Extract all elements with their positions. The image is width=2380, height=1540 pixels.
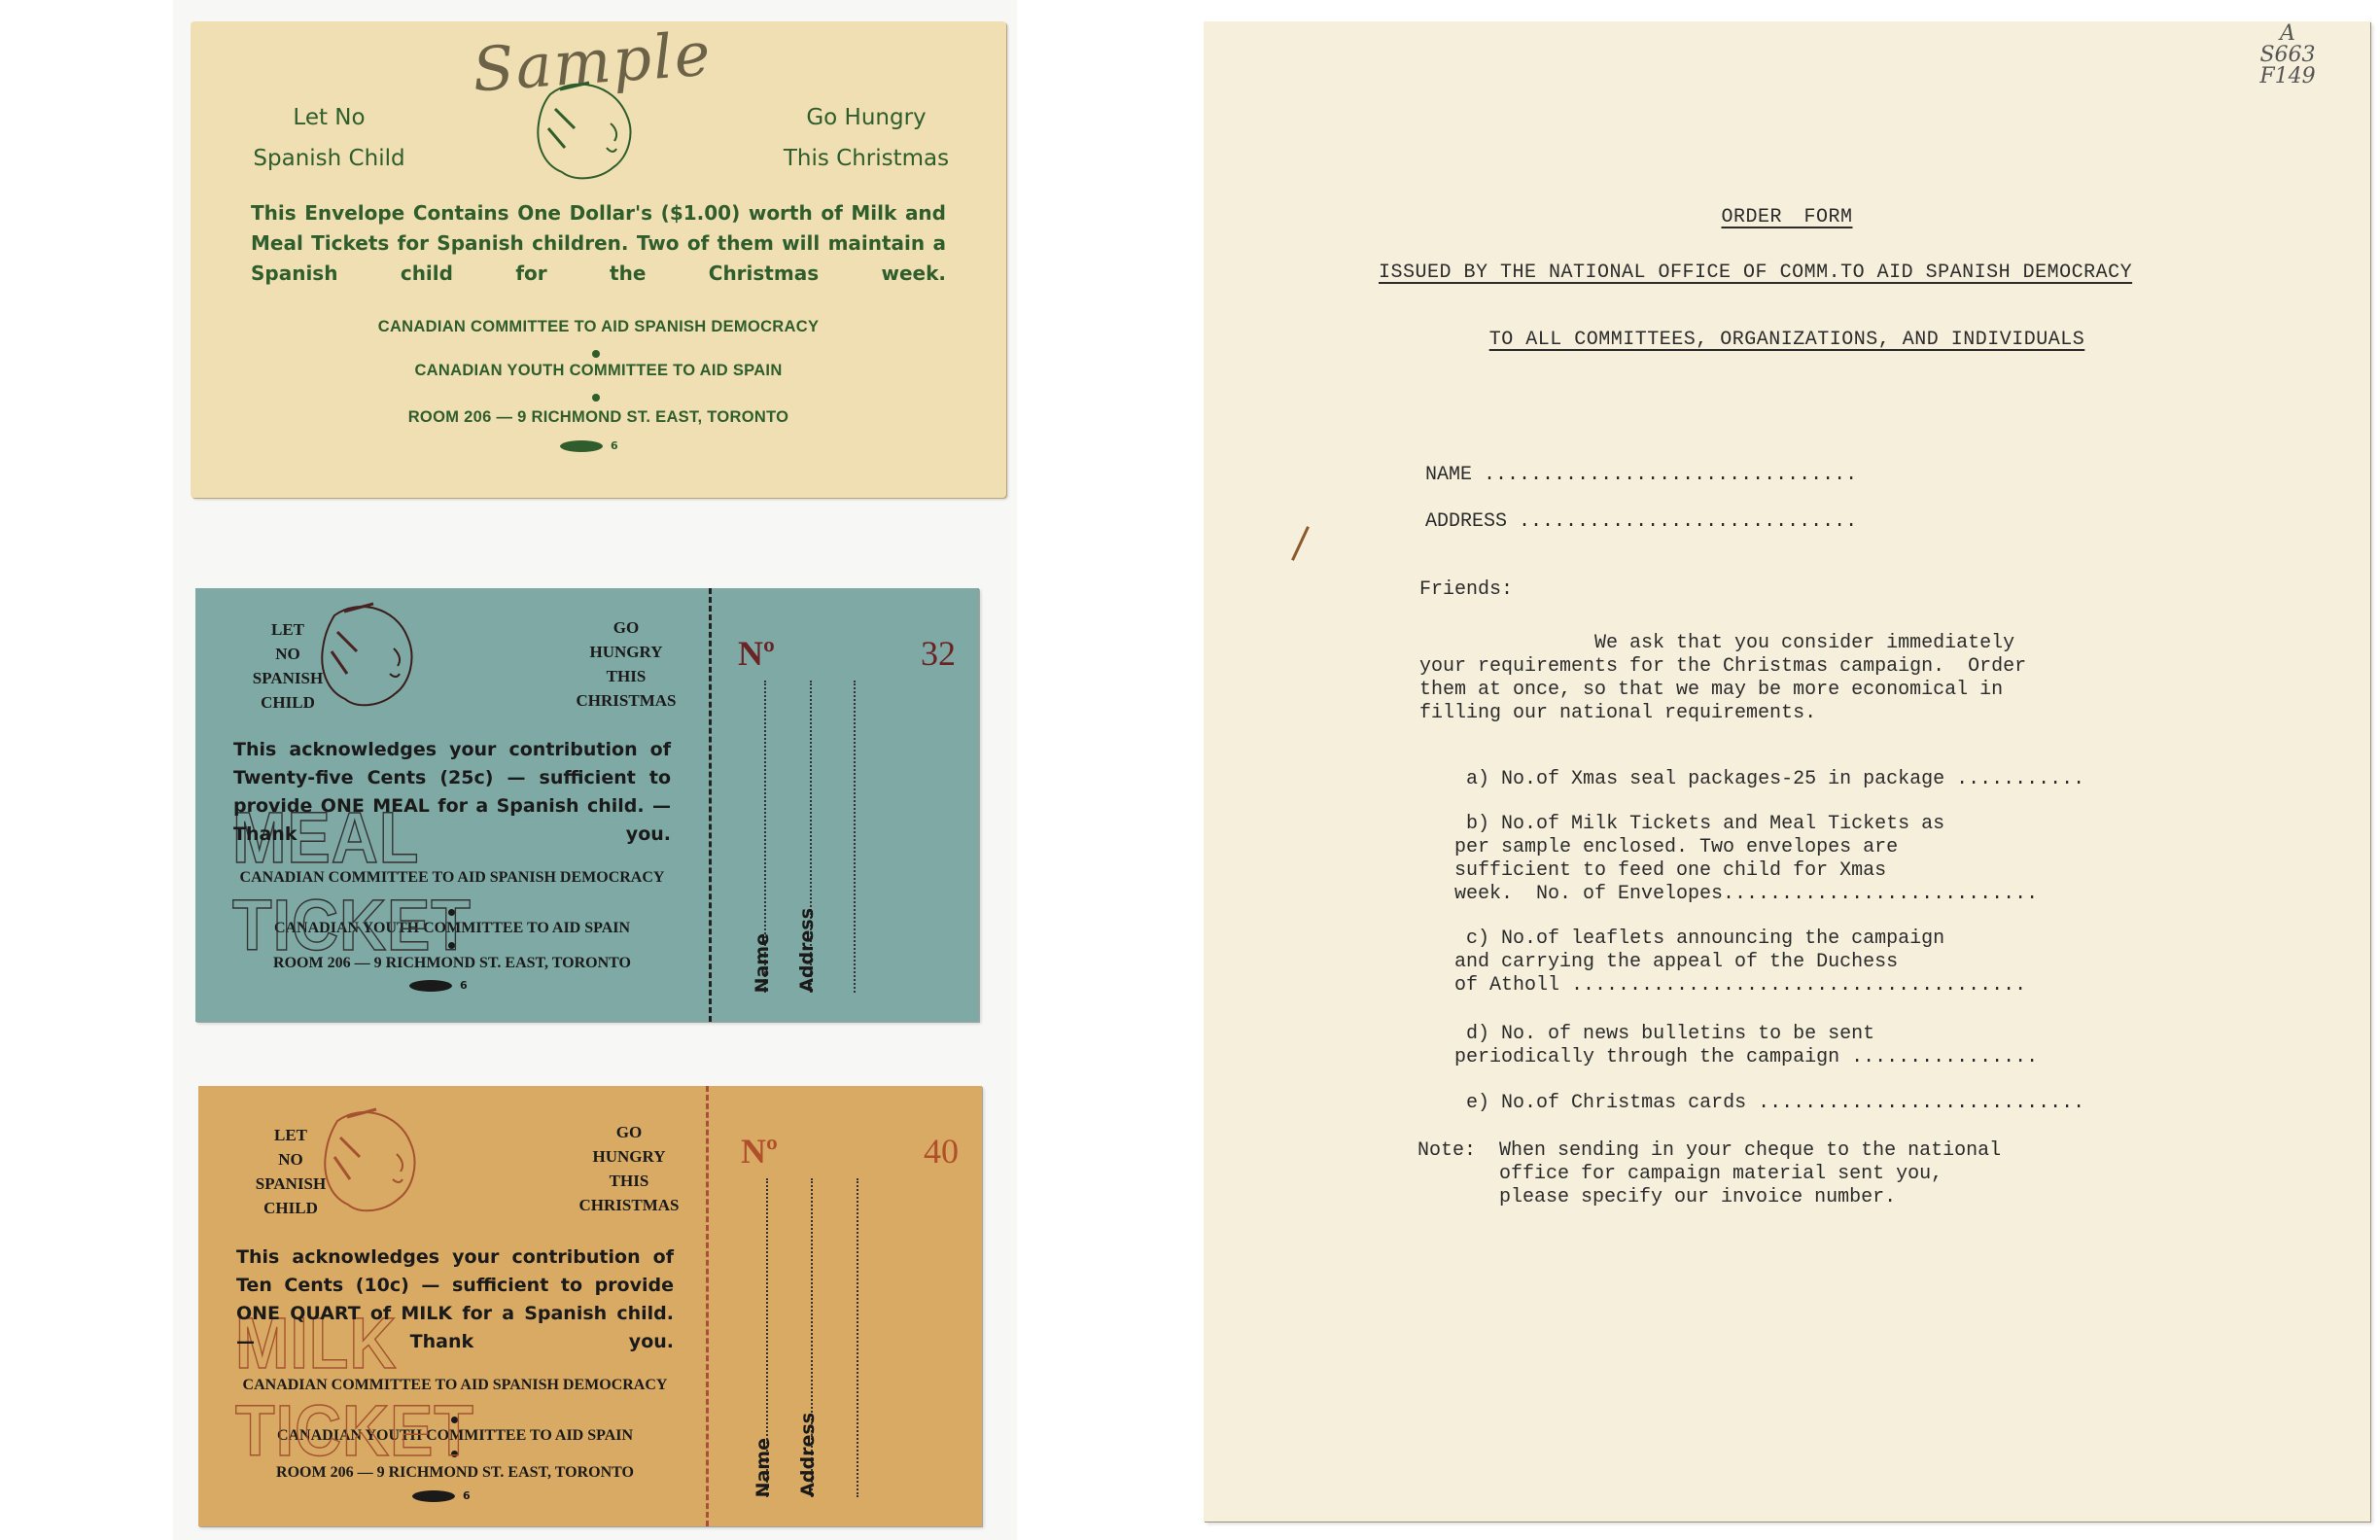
- name-label: NAME: [1425, 464, 1472, 486]
- tagline-line: GO: [556, 1120, 702, 1144]
- archive-ref-line: A: [2244, 23, 2331, 45]
- item-letter: a): [1466, 768, 1489, 790]
- address-label: ADDRESS: [1425, 510, 1507, 533]
- address-line-2: [857, 1178, 858, 1497]
- ticket-number: 40: [924, 1131, 959, 1172]
- perforation-line: [709, 588, 712, 1022]
- ticket-stub: Nº 40 Name Address: [716, 1086, 982, 1526]
- child-head-icon: [313, 1103, 420, 1220]
- name-blank[interactable]: ................................: [1484, 464, 1857, 486]
- child-head-icon: [310, 598, 417, 715]
- form-title: ORDER FORM: [1204, 206, 2370, 228]
- ticket-stub: Nº 32 Name Address: [713, 588, 979, 1022]
- org-name-youth: CANADIAN YOUTH COMMITTEE TO AID SPAIN: [191, 362, 1006, 380]
- tagline-right: GO HUNGRY THIS CHRISTMAS: [553, 615, 699, 713]
- tagline-line: Spanish Child: [191, 138, 468, 179]
- union-number: 6: [463, 1489, 471, 1502]
- bullet-dot: [592, 350, 600, 358]
- tagline-line: THIS: [556, 1169, 702, 1193]
- union-label: 6: [409, 979, 468, 992]
- tagline-right: Go Hungry This Christmas: [725, 97, 1007, 179]
- org-address: ROOM 206 — 9 RICHMOND ST. EAST, TORONTO: [191, 408, 1006, 427]
- milk-ticket: LET NO SPANISH CHILD GO HUNGRY THIS CHRI…: [198, 1086, 982, 1526]
- tagline-right: GO HUNGRY THIS CHRISTMAS: [556, 1120, 702, 1217]
- address-field[interactable]: ADDRESS .............................: [1379, 488, 1857, 555]
- tagline-line: This Christmas: [725, 138, 1007, 179]
- item-text: No.of Milk Tickets and Meal Tickets as p…: [1419, 813, 2038, 905]
- pencil-mark: [1291, 526, 1310, 561]
- union-bug-icon: [412, 1490, 455, 1502]
- item-letter: b): [1466, 813, 1489, 835]
- number-label: Nº: [738, 633, 775, 674]
- acknowledgement-text: This acknowledges your contribution of T…: [236, 1243, 674, 1356]
- tagline-line: Let No: [191, 97, 468, 138]
- salutation: Friends:: [1419, 578, 1513, 601]
- tagline-line: GO: [553, 615, 699, 640]
- meal-ticket: LET NO SPANISH CHILD GO HUNGRY THIS CHRI…: [195, 588, 979, 1022]
- issued-by-line: ISSUED BY THE NATIONAL OFFICE OF COMM.TO…: [1379, 262, 2132, 284]
- bullet-dot: [592, 394, 600, 402]
- order-item-e[interactable]: e) No.of Christmas cards ...............…: [1419, 1068, 2084, 1138]
- tagline-line: THIS: [553, 664, 699, 688]
- order-form-page: A S663 F149 ORDER FORM ISSUED BY THE NAT…: [1204, 21, 2370, 1522]
- ticket-number: 32: [921, 633, 956, 674]
- archive-ref-line: S663: [2244, 45, 2331, 66]
- archive-reference: A S663 F149: [2244, 23, 2331, 87]
- stub-address-label: Address: [796, 908, 818, 993]
- sample-envelope-card: Sample Let No Spanish Child Go Hungry Th…: [191, 21, 1006, 498]
- org-name-primary: CANADIAN COMMITTEE TO AID SPANISH DEMOCR…: [191, 318, 1006, 336]
- intro-paragraph: We ask that you consider immediately you…: [1419, 632, 2178, 725]
- address-line-2: [854, 681, 856, 993]
- union-label: 6: [560, 439, 618, 452]
- address-blank[interactable]: .............................: [1519, 510, 1857, 533]
- union-bug-icon: [560, 440, 603, 452]
- tagline-line: CHRISTMAS: [556, 1193, 702, 1217]
- ticket-main: LET NO SPANISH CHILD GO HUNGRY THIS CHRI…: [198, 1086, 712, 1526]
- item-text: No. of news bulletins to be sent periodi…: [1419, 1023, 2038, 1068]
- stub-name-label: Name: [752, 1438, 774, 1497]
- tagline-line: Go Hungry: [725, 97, 1007, 138]
- tagline-left: Let No Spanish Child: [191, 97, 468, 179]
- acknowledgement-text: This acknowledges your contribution of T…: [233, 736, 671, 849]
- union-bug-icon: [409, 980, 452, 992]
- item-letter: c): [1466, 927, 1489, 950]
- item-text: No.of Xmas seal packages-25 in package .…: [1501, 768, 2084, 790]
- ticket-main: LET NO SPANISH CHILD GO HUNGRY THIS CHRI…: [195, 588, 709, 1022]
- perforation-line: [706, 1086, 709, 1526]
- addressee-line: TO ALL COMMITTEES, ORGANIZATIONS, AND IN…: [1204, 329, 2370, 351]
- archive-ref-line: F149: [2244, 66, 2331, 87]
- union-number: 6: [611, 439, 618, 452]
- number-label: Nº: [741, 1131, 778, 1172]
- union-label: 6: [412, 1489, 471, 1502]
- item-letter: d): [1466, 1023, 1489, 1045]
- child-head-icon: [521, 75, 638, 187]
- item-text: No.of Christmas cards ..................…: [1501, 1092, 2084, 1114]
- tagline-line: CHRISTMAS: [553, 688, 699, 713]
- note-text: Note: When sending in your cheque to the…: [1417, 1139, 2001, 1209]
- item-letter: e): [1466, 1092, 1489, 1114]
- stub-name-label: Name: [752, 933, 773, 993]
- stub-address-label: Address: [797, 1413, 819, 1497]
- item-text: No.of leaflets announcing the campaign a…: [1419, 927, 2026, 997]
- union-number: 6: [460, 979, 468, 992]
- tagline-line: HUNGRY: [553, 640, 699, 664]
- tagline-line: HUNGRY: [556, 1144, 702, 1169]
- envelope-body-text: This Envelope Contains One Dollar's ($1.…: [251, 198, 946, 289]
